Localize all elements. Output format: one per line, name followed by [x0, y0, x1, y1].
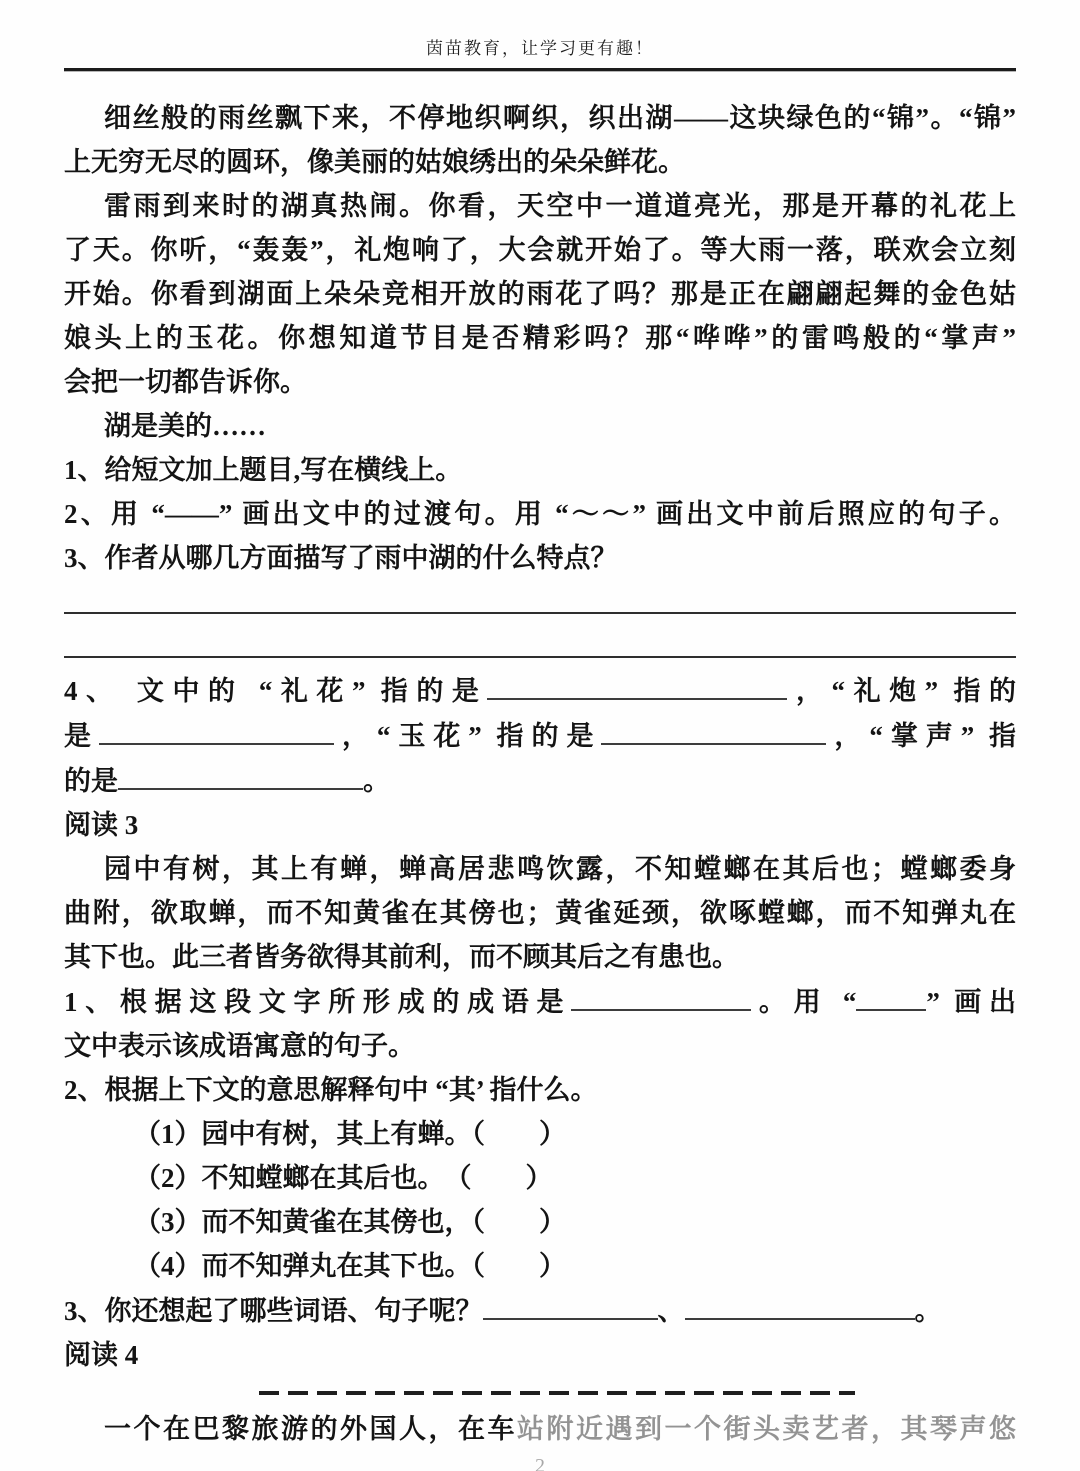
reading3-question-2-item: （3）而不知黄雀在其傍也，（ ）	[134, 1200, 1016, 1244]
reading3-question-2-item: （1）园中有树，其上有蝉。（ ）	[134, 1112, 1016, 1156]
question-4-text: 是	[64, 721, 99, 751]
fill-in-blank	[571, 979, 751, 1011]
passage1-line: 细丝般的雨丝飘下来，不停地织啊织，织出湖——这块绿色的“锦”。“锦”	[64, 96, 1016, 140]
reading4-text: 一个在巴黎旅游的外国人，在车	[104, 1414, 517, 1444]
reading4-text-faded: 站附近遇到一个街头卖艺者，其琴声悠	[517, 1414, 1016, 1444]
question-4-text: 4、 文中的 “礼花” 指的是	[64, 676, 487, 706]
passage1-line: 娘头上的玉花。你想知道节目是否精彩吗？那“哗哗”的雷鸣般的“掌声”	[64, 316, 1016, 360]
reading3-passage-line: 园中有树，其上有蝉，蝉高居悲鸣饮露，不知螳螂在其后也；螳螂委身	[64, 847, 1016, 891]
fill-in-blank	[856, 979, 926, 1011]
reading3-question-1-text: 。用 “	[751, 987, 856, 1017]
question-4-text: ，“掌声” 指	[826, 721, 1016, 751]
question-4-line2: 是，“玉花” 指的是，“掌声” 指	[64, 713, 1016, 758]
reading3-question-1-text: ” 画出	[926, 987, 1016, 1017]
reading3-question-3-text: 、	[658, 1296, 685, 1326]
dashed-separator-line	[259, 1391, 855, 1395]
question-4-text: 的是	[64, 766, 118, 796]
question-4-line3: 的是。	[64, 758, 1016, 803]
passage1-line: 上无穷无尽的圆环，像美丽的姑娘绣出的朵朵鲜花。	[64, 140, 1016, 184]
question-4-line1: 4、 文中的 “礼花” 指的是，“礼炮” 指的	[64, 668, 1016, 713]
header-slogan: 茵苗教育，让学习更有趣！	[0, 0, 1080, 59]
reading3-question-2-stem: 2、根据上下文的意思解释句中 “其’ 指什么。	[64, 1068, 1016, 1112]
fill-in-blank	[99, 713, 334, 745]
fill-in-blank	[483, 1288, 658, 1320]
reading3-question-3-text: 。	[915, 1296, 942, 1326]
reading3-question-3-text: 3、你还想起了哪些词语、句子呢？	[64, 1296, 483, 1326]
passage1-line: 开始。你看到湖面上朵朵竞相开放的雨花了吗？那是正在翩翩起舞的金色姑	[64, 272, 1016, 316]
reading3-question-2-item: （2）不知螳螂在其后也。 （ ）	[134, 1156, 1016, 1200]
answer-line	[64, 612, 1016, 614]
fill-in-blank	[118, 758, 363, 790]
passage1-line: 湖是美的……	[64, 404, 1016, 448]
question-1: 1、给短文加上题目,写在横线上。	[64, 448, 1016, 492]
passage1-line: 了天。你听，“轰轰”，礼炮响了，大会就开始了。等大雨一落，联欢会立刻	[64, 228, 1016, 272]
question-4-text: ，“玉花” 指的是	[334, 721, 601, 751]
question-3: 3、作者从哪几方面描写了雨中湖的什么特点？	[64, 536, 1016, 580]
reading3-title: 阅读 3	[64, 803, 1016, 847]
question-4-text: ，“礼炮” 指的	[787, 676, 1016, 706]
answer-line	[64, 656, 1016, 658]
reading3-question-1-line1: 1、根据这段文字所形成的成语是。用 “” 画出	[64, 979, 1016, 1024]
header-rule	[64, 68, 1016, 72]
passage1-line: 会把一切都告诉你。	[64, 360, 1016, 404]
page-number: 2	[0, 1455, 1080, 1471]
worksheet-content: 细丝般的雨丝飘下来，不停地织啊织，织出湖——这块绿色的“锦”。“锦” 上无穷无尽…	[64, 96, 1016, 1451]
reading3-question-1-text: 1、根据这段文字所形成的成语是	[64, 987, 571, 1017]
question-2: 2、用 “——” 画出文中的过渡句。用 “～～” 画出文中前后照应的句子。	[64, 492, 1016, 536]
reading4-passage-line: 一个在巴黎旅游的外国人，在车站附近遇到一个街头卖艺者，其琴声悠	[64, 1407, 1016, 1451]
fill-in-blank	[685, 1288, 915, 1320]
reading3-question-2-item: （4）而不知弹丸在其下也。（ ）	[134, 1244, 1016, 1288]
worksheet-page: 茵苗教育，让学习更有趣！ 细丝般的雨丝飘下来，不停地织啊织，织出湖——这块绿色的…	[0, 0, 1080, 1471]
reading3-passage-line: 其下也。此三者皆务欲得其前利，而不顾其后之有患也。	[64, 935, 1016, 979]
passage1-line: 雷雨到来时的湖真热闹。你看，天空中一道道亮光，那是开幕的礼花上	[64, 184, 1016, 228]
reading3-passage-line: 曲附，欲取蝉，而不知黄雀在其傍也；黄雀延颈，欲啄螳螂，而不知弹丸在	[64, 891, 1016, 935]
fill-in-blank	[601, 713, 826, 745]
question-4-text: 。	[363, 766, 390, 796]
fill-in-blank	[487, 668, 787, 700]
reading3-question-1-line2: 文中表示该成语寓意的句子。	[64, 1024, 1016, 1068]
reading4-title: 阅读 4	[64, 1333, 1016, 1377]
reading3-question-3: 3、你还想起了哪些词语、句子呢？、。	[64, 1288, 1016, 1333]
